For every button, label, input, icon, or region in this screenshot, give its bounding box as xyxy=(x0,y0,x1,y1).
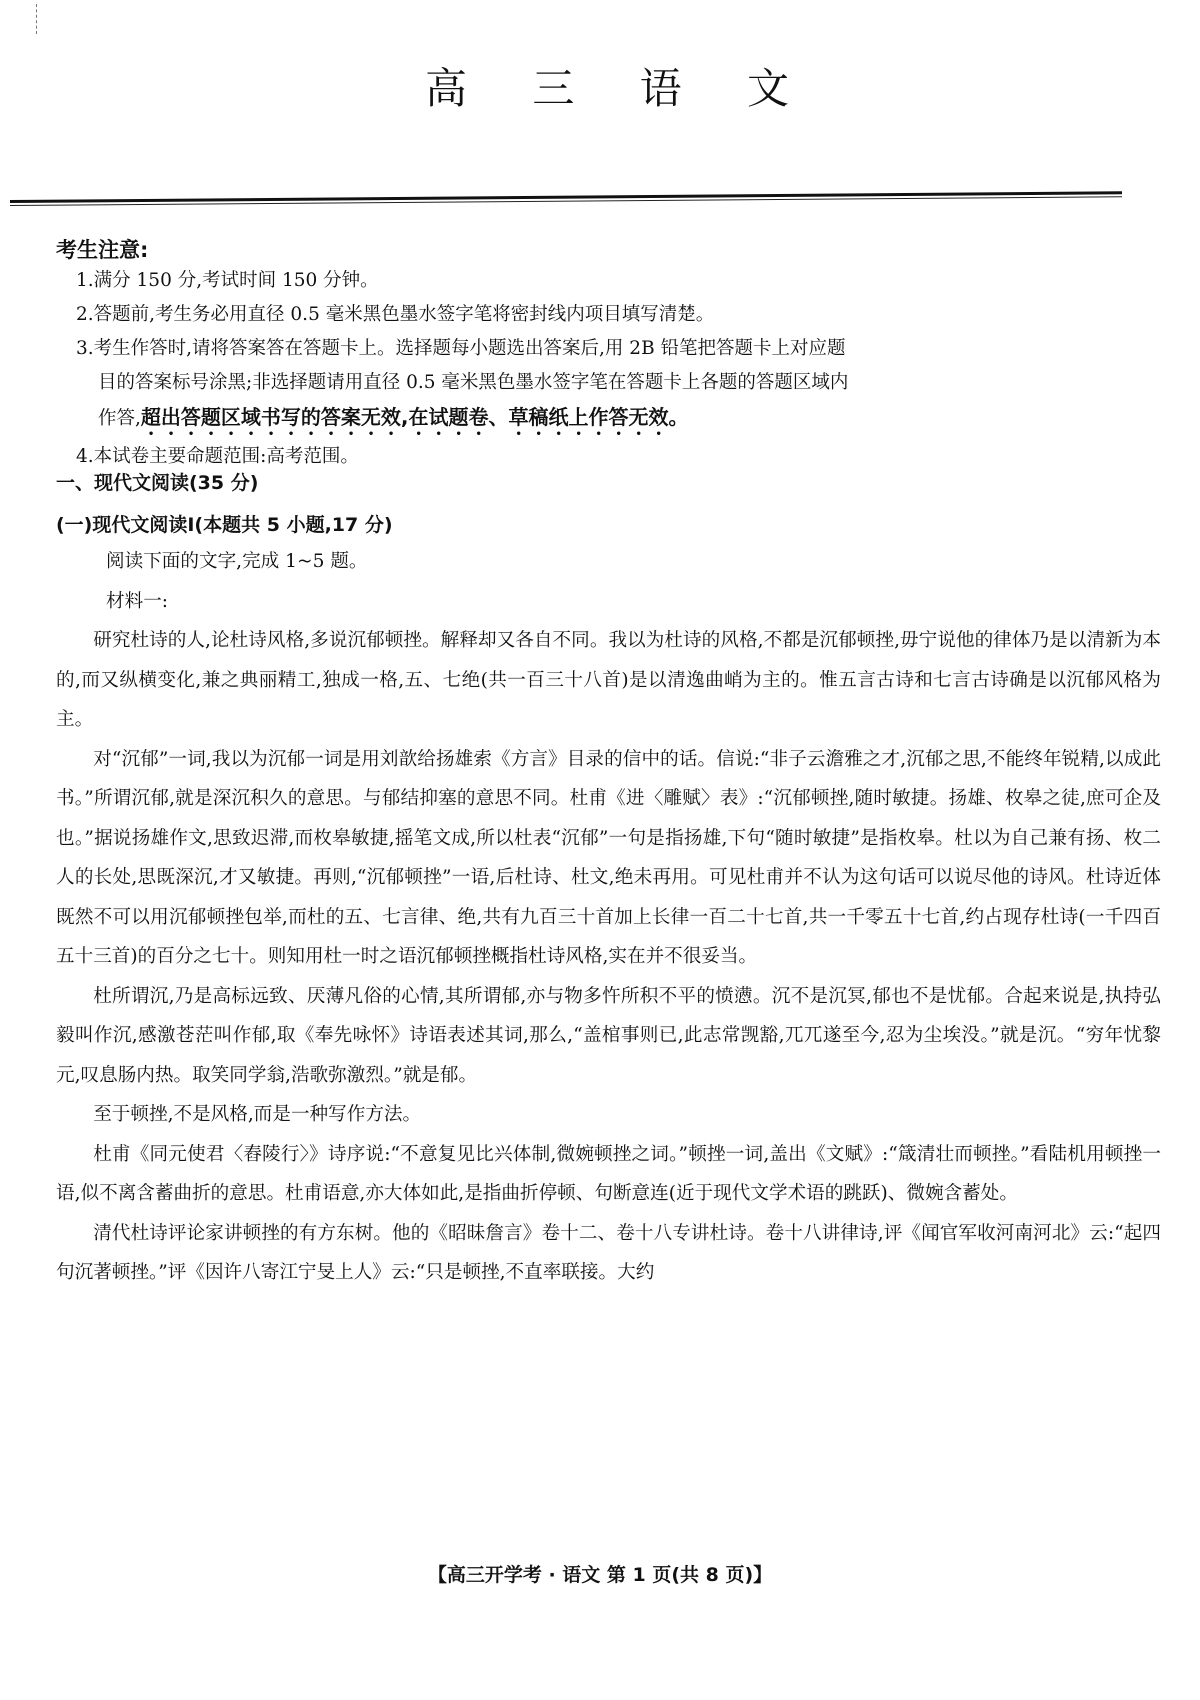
reading-passage: 阅读下面的文字,完成 1~5 题。 材料一: 研究杜诗的人,论杜诗风格,多说沉郁… xyxy=(56,542,1161,1293)
emphasized-warning: 超出答题区域书写的答案无效,在试题卷、草稿纸上作答无效。 xyxy=(141,405,689,429)
passage-paragraph: 清代杜诗评论家讲顿挫的有方东树。他的《昭昧詹言》卷十二、卷十八专讲杜诗。卷十八讲… xyxy=(56,1214,1161,1293)
passage-paragraph: 杜甫《同元使君〈舂陵行〉》诗序说:“不意复见比兴体制,微婉顿挫之词。”顿挫一词,… xyxy=(56,1135,1161,1214)
notice-item-text: 3.考生作答时,请将答案答在答题卡上。选择题每小题选出答案后,用 2B 铅笔把答… xyxy=(76,338,846,359)
passage-paragraph: 至于顿挫,不是风格,而是一种写作方法。 xyxy=(56,1095,1161,1135)
scan-artifact xyxy=(36,4,45,34)
notice-item-continuation: 作答,超出答题区域书写的答案无效,在试题卷、草稿纸上作答无效。 xyxy=(76,400,1166,440)
sub-heading: (一)现代文阅读Ⅰ(本题共 5 小题,17 分) xyxy=(56,510,393,537)
notice-item-2: 2.答题前,考生务必用直径 0.5 毫米黑色墨水签字笔将密封线内项目填写清楚。 xyxy=(76,298,1166,332)
notice-item-continuation: 目的答案标号涂黑;非选择题请用直径 0.5 毫米黑色墨水签字笔在答题卡上各题的答… xyxy=(76,366,1166,400)
notice-heading: 考生注意: xyxy=(56,234,148,264)
passage-paragraph: 杜所谓沉,乃是高标远致、厌薄凡俗的心情,其所谓郁,亦与物多忤所积不平的愤懑。沉不… xyxy=(56,977,1161,1096)
notice-item-text: 4.本试卷主要命题范围:高考范围。 xyxy=(76,446,359,467)
passage-paragraph: 研究杜诗的人,论杜诗风格,多说沉郁顿挫。解释却又各自不同。我以为杜诗的风格,不都… xyxy=(56,621,1161,740)
notice-item-1: 1.满分 150 分,考试时间 150 分钟。 xyxy=(76,264,1166,298)
notice-item-text: 1.满分 150 分,考试时间 150 分钟。 xyxy=(76,270,379,291)
page-footer: 【高三开学考 · 语文 第 1 页(共 8 页)】 xyxy=(0,1560,1200,1587)
instruction: 阅读下面的文字,完成 1~5 题。 xyxy=(56,542,1161,582)
part-heading: 一、现代文阅读(35 分) xyxy=(56,468,258,495)
material-label: 材料一: xyxy=(56,582,1161,622)
passage-paragraph: 对“沉郁”一词,我以为沉郁一词是用刘歆给扬雄索《方言》目录的信中的话。信说:“非… xyxy=(56,740,1161,977)
notice-item-text: 2.答题前,考生务必用直径 0.5 毫米黑色墨水签字笔将密封线内项目填写清楚。 xyxy=(76,304,714,325)
notice-item-prefix: 作答, xyxy=(98,408,141,429)
notice-list: 1.满分 150 分,考试时间 150 分钟。 2.答题前,考生务必用直径 0.… xyxy=(76,264,1166,474)
page-title: 高 三 语 文 xyxy=(0,56,1200,116)
notice-item-3: 3.考生作答时,请将答案答在答题卡上。选择题每小题选出答案后,用 2B 铅笔把答… xyxy=(76,332,1166,440)
